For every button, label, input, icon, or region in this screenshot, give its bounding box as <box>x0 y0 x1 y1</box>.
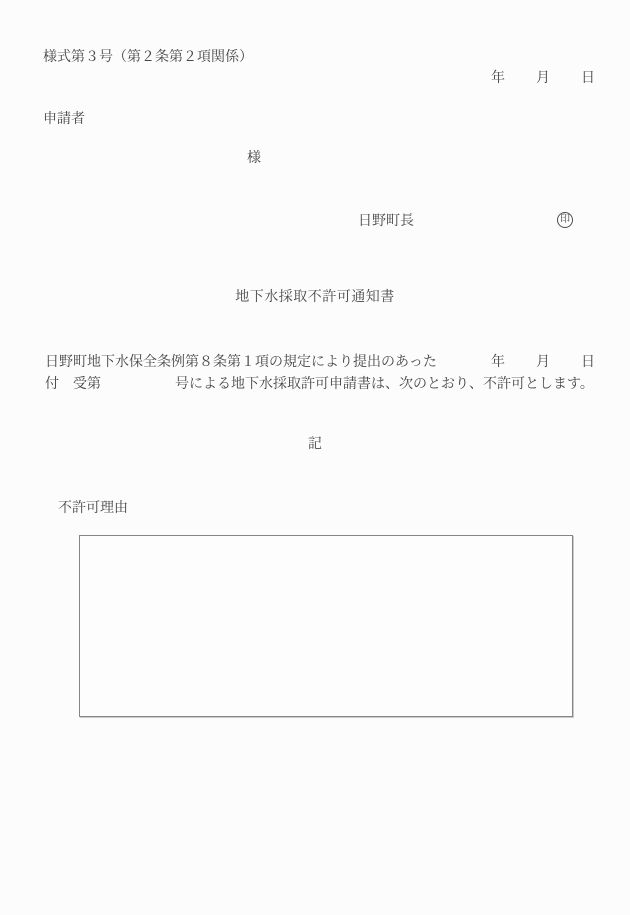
ki-section-marker: 記 <box>0 437 630 451</box>
body-line1-text: 日野町地下水保全条例第８条第１項の規定により提出のあった <box>31 355 437 369</box>
refusal-reason-box <box>79 535 573 717</box>
body-date-year-label: 年 <box>491 355 505 369</box>
body-date-month-label: 月 <box>536 355 550 369</box>
body-paragraph-line2: 付 受第 号による地下水採取許可申請書は、次のとおり、不許可とします。 <box>45 377 594 391</box>
header-date-day-label: 日 <box>581 71 595 85</box>
body-line1-date-blanks: 年 月 日 <box>491 355 595 369</box>
receipt-number-blank <box>101 377 175 391</box>
header-date-line: 年 月 日 <box>491 71 595 85</box>
honorific-sama-label: 様 <box>247 151 261 165</box>
header-date-month-label: 月 <box>536 71 550 85</box>
seal-character: 印 <box>560 215 570 225</box>
mayor-name-label: 日野町長 <box>358 214 414 228</box>
body-date-day-label: 日 <box>581 355 595 369</box>
official-seal-icon: 印 <box>557 212 573 228</box>
form-number-label: 様式第３号（第２条第２項関係） <box>43 50 253 64</box>
applicant-label: 申請者 <box>43 112 85 126</box>
body-paragraph-line1: 日野町地下水保全条例第８条第１項の規定により提出のあった 年 月 日 <box>31 355 595 369</box>
body-line2-prefix: 付 受第 <box>45 377 101 391</box>
document-title: 地下水採取不許可通知書 <box>0 290 630 304</box>
refusal-reason-label: 不許可理由 <box>58 501 128 515</box>
header-date-year-label: 年 <box>491 71 505 85</box>
body-line2-suffix: 号による地下水採取許可申請書は、次のとおり、不許可とします。 <box>175 377 594 391</box>
document-page: 様式第３号（第２条第２項関係） 年 月 日 申請者 様 日野町長 印 地下水採取… <box>0 0 630 915</box>
